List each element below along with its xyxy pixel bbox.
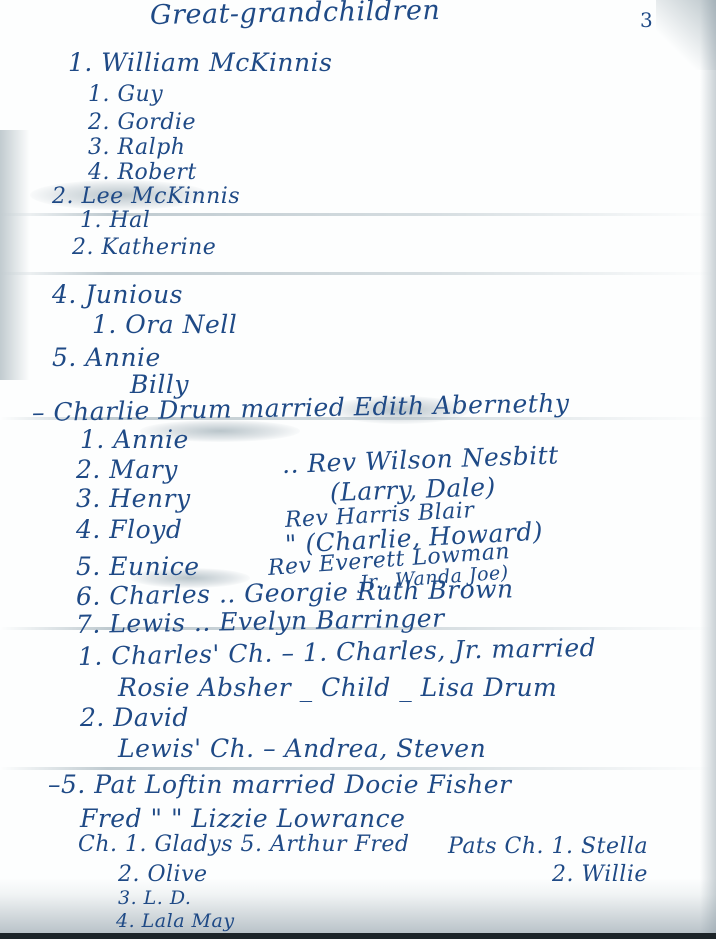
list-item: Ch. 1. Gladys 5. Arthur Fred	[78, 832, 409, 857]
list-item: 3. Ralph	[88, 135, 185, 160]
list-item: 1. Ora Nell	[92, 310, 237, 339]
list-item: 4. Robert	[88, 160, 197, 185]
list-item: 1. William McKinnis	[68, 48, 332, 77]
list-item: 2. Willie	[552, 862, 648, 887]
list-item: 5. Eunice	[76, 552, 200, 581]
list-item: Lewis' Ch. – Andrea, Steven	[118, 734, 486, 763]
list-item: 3. L. D.	[118, 887, 191, 909]
list-item: 2. David	[80, 703, 189, 732]
list-item: 1. Hal	[80, 208, 150, 233]
list-item: –5. Pat Loftin married Docie Fisher	[48, 770, 512, 799]
paper-right-edge-shading	[700, 0, 716, 939]
list-item: 1. Charles' Ch. – 1. Charles, Jr. marrie…	[78, 633, 597, 671]
list-item: 2. Gordie	[88, 110, 196, 135]
list-item: 7. Lewis .. Evelyn Barringer	[76, 604, 445, 639]
list-item: 4. Junious	[52, 280, 183, 309]
paper-fold-line	[0, 272, 716, 275]
scanned-document-page: Great-grandchildren 3 1. William McKinni…	[0, 0, 716, 939]
list-item: 5. Annie	[52, 343, 161, 372]
list-item: Fred " " Lizzie Lowrance	[80, 804, 405, 833]
list-item: 2. Katherine	[72, 235, 216, 260]
list-item: 2. Mary	[76, 455, 178, 484]
list-item: – Charlie Drum married Edith Abernethy	[32, 389, 570, 427]
list-item: .. Rev Wilson Nesbitt	[281, 440, 559, 479]
page-number: 3	[640, 8, 653, 32]
list-item: 1. Annie	[80, 425, 189, 454]
list-item: Pats Ch. 1. Stella	[448, 834, 648, 859]
list-item: Rosie Absher _ Child _ Lisa Drum	[118, 673, 557, 702]
list-item: 4. Lala May	[116, 910, 235, 932]
page-title: Great-grandchildren	[150, 0, 441, 31]
list-item: 3. Henry	[76, 484, 191, 513]
list-item: 2. Lee McKinnis	[52, 184, 240, 209]
list-item: 1. Guy	[88, 82, 163, 107]
scan-bottom-edge	[0, 933, 716, 939]
list-item: 4. Floyd	[76, 515, 182, 544]
paper-left-edge-shading	[0, 130, 30, 380]
list-item: 2. Olive	[118, 862, 208, 887]
